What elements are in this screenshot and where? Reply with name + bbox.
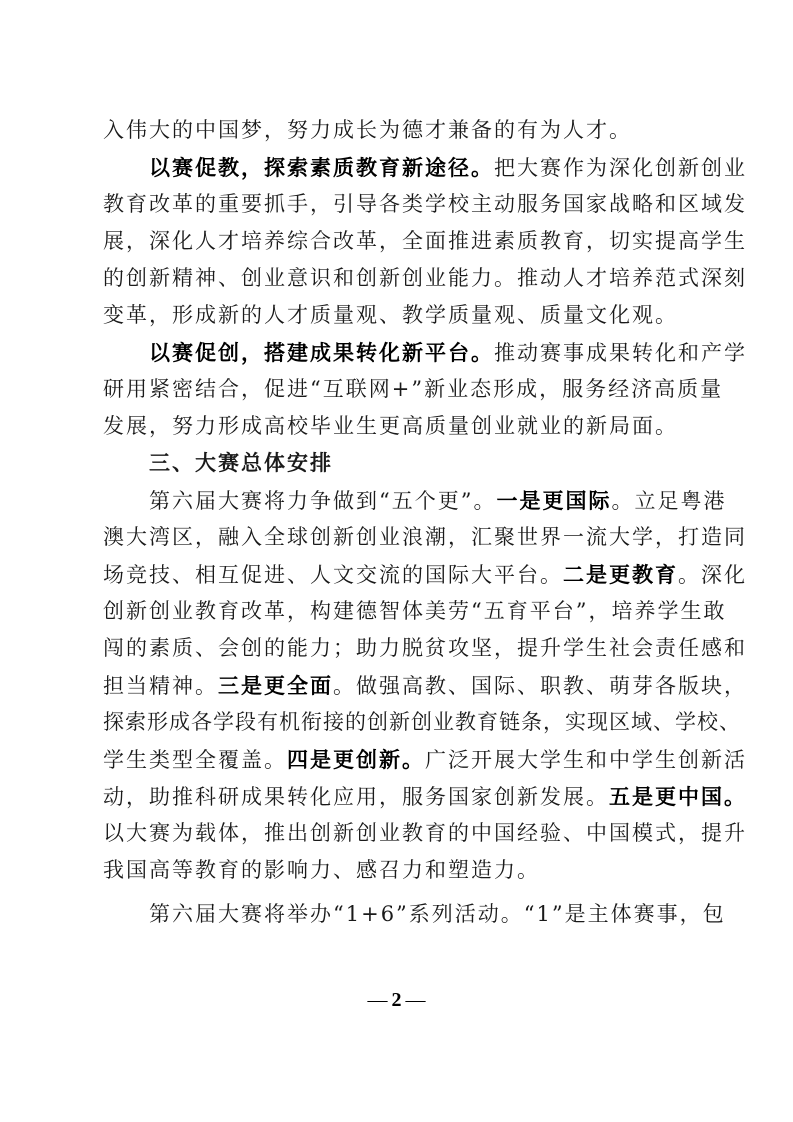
paragraph-line: 以赛促创，搭建成果转化新平台。推动赛事成果转化和产学 <box>103 334 693 371</box>
bold-phrase: 一是更国际 <box>496 488 611 513</box>
bold-phrase: 五是更中国。 <box>609 784 747 809</box>
text-segment: 担当精神。 <box>103 674 218 698</box>
paragraph-line: 第六届大赛将举办“1+6”系列活动。“1”是主体赛事，包 <box>103 896 693 933</box>
bold-phrase: 三是更全面 <box>218 673 333 698</box>
paragraph-gap <box>103 889 693 896</box>
text-segment: 第六届大赛将力争做到“五个更”。 <box>149 489 496 513</box>
text-segment: 入伟大的中国梦，努力成长为德才兼备的有为人才。 <box>103 118 632 142</box>
paragraph-line: 变革，形成新的人才质量观、教学质量观、质量文化观。 <box>103 297 693 334</box>
bold-lead-phrase: 以赛促创，搭建成果转化新平台。 <box>149 340 494 365</box>
paragraph-line: 澳大湾区，融入全球创新创业浪潮，汇聚世界一流大学，打造同 <box>103 519 693 556</box>
text-segment: 。深化 <box>678 563 747 587</box>
paragraph-line: 动，助推科研成果转化应用，服务国家创新发展。五是更中国。 <box>103 778 693 815</box>
text-segment: 广泛开展大学生和中学生创新活 <box>425 748 747 772</box>
text-segment: 变革，形成新的人才质量观、教学质量观、质量文化观。 <box>103 303 678 327</box>
text-segment: 展，深化人才培养综合改革，全面推进素质教育，切实提高学生 <box>103 229 747 253</box>
text-segment: 动，助推科研成果转化应用，服务国家创新发展。 <box>103 785 609 809</box>
page-number: 2 <box>388 989 406 1011</box>
text-segment: 以大赛为载体，推出创新创业教育的中国经验、中国模式，提升 <box>103 821 747 845</box>
paragraph-line: 担当精神。三是更全面。做强高教、国际、职教、萌芽各版块， <box>103 667 693 704</box>
section-heading: 三、大赛总体安排 <box>103 445 693 482</box>
paragraph-line: 学生类型全覆盖。四是更创新。广泛开展大学生和中学生创新活 <box>103 741 693 778</box>
page-number-footer: —2— <box>0 988 793 1012</box>
text-segment: 澳大湾区，融入全球创新创业浪潮，汇聚世界一流大学，打造同 <box>103 525 747 549</box>
paragraph-line: 创新创业教育改革，构建德智体美劳“五育平台”，培养学生敢 <box>103 593 693 630</box>
text-segment: 教育改革的重要抓手，引导各类学校主动服务国家战略和区域发 <box>103 192 747 216</box>
text-segment: 探索形成各学段有机衔接的创新创业教育链条，实现区域、学校、 <box>103 710 741 734</box>
paragraph-line: 发展，努力形成高校毕业生更高质量创业就业的新局面。 <box>103 408 693 445</box>
paragraph-line: 闯的素质、会创的能力；助力脱贫攻坚，提升学生社会责任感和 <box>103 630 693 667</box>
paragraph-line: 我国高等教育的影响力、感召力和塑造力。 <box>103 852 693 889</box>
paragraph-line: 探索形成各学段有机衔接的创新创业教育链条，实现区域、学校、 <box>103 704 693 741</box>
paragraph-line: 展，深化人才培养综合改革，全面推进素质教育，切实提高学生 <box>103 223 693 260</box>
text-segment: 第六届大赛将举办“1+6”系列活动。“1”是主体赛事，包 <box>149 902 726 926</box>
paragraph-line: 场竞技、相互促进、人文交流的国际大平台。二是更教育。深化 <box>103 556 693 593</box>
paragraph-line: 研用紧密结合，促进“互联网+”新业态形成，服务经济高质量 <box>103 371 693 408</box>
document-page: 入伟大的中国梦，努力成长为德才兼备的有为人才。 以赛促教，探索素质教育新途径。把… <box>103 112 693 933</box>
paragraph-line: 以大赛为载体，推出创新创业教育的中国经验、中国模式，提升 <box>103 815 693 852</box>
paragraph-line: 教育改革的重要抓手，引导各类学校主动服务国家战略和区域发 <box>103 186 693 223</box>
paragraph-line: 的创新精神、创业意识和创新创业能力。推动人才培养范式深刻 <box>103 260 693 297</box>
text-segment: 创新创业教育改革，构建德智体美劳“五育平台”，培养学生敢 <box>103 599 726 623</box>
page-number-dash-left: — <box>368 989 388 1011</box>
bold-phrase: 四是更创新。 <box>287 747 425 772</box>
text-segment: 。立足粤港 <box>611 489 726 513</box>
page-number-dash-right: — <box>406 989 426 1011</box>
text-segment: 推动赛事成果转化和产学 <box>494 341 747 365</box>
text-segment: 的创新精神、创业意识和创新创业能力。推动人才培养范式深刻 <box>103 266 747 290</box>
text-segment: 学生类型全覆盖。 <box>103 748 287 772</box>
text-segment: 。做强高教、国际、职教、萌芽各版块， <box>333 674 747 698</box>
text-segment: 闯的素质、会创的能力；助力脱贫攻坚，提升学生社会责任感和 <box>103 636 747 660</box>
paragraph-line: 入伟大的中国梦，努力成长为德才兼备的有为人才。 <box>103 112 693 149</box>
text-segment: 场竞技、相互促进、人文交流的国际大平台。 <box>103 563 563 587</box>
text-segment: 我国高等教育的影响力、感召力和塑造力。 <box>103 858 540 882</box>
text-segment: 研用紧密结合，促进“互联网+”新业态形成，服务经济高质量 <box>103 377 723 401</box>
text-segment: 发展，努力形成高校毕业生更高质量创业就业的新局面。 <box>103 414 678 438</box>
paragraph-line: 以赛促教，探索素质教育新途径。把大赛作为深化创新创业 <box>103 149 693 186</box>
paragraph-line: 第六届大赛将力争做到“五个更”。一是更国际。立足粤港 <box>103 482 693 519</box>
bold-phrase: 二是更教育 <box>563 562 678 587</box>
text-segment: 把大赛作为深化创新创业 <box>494 156 747 180</box>
bold-lead-phrase: 以赛促教，探索素质教育新途径。 <box>149 155 494 180</box>
